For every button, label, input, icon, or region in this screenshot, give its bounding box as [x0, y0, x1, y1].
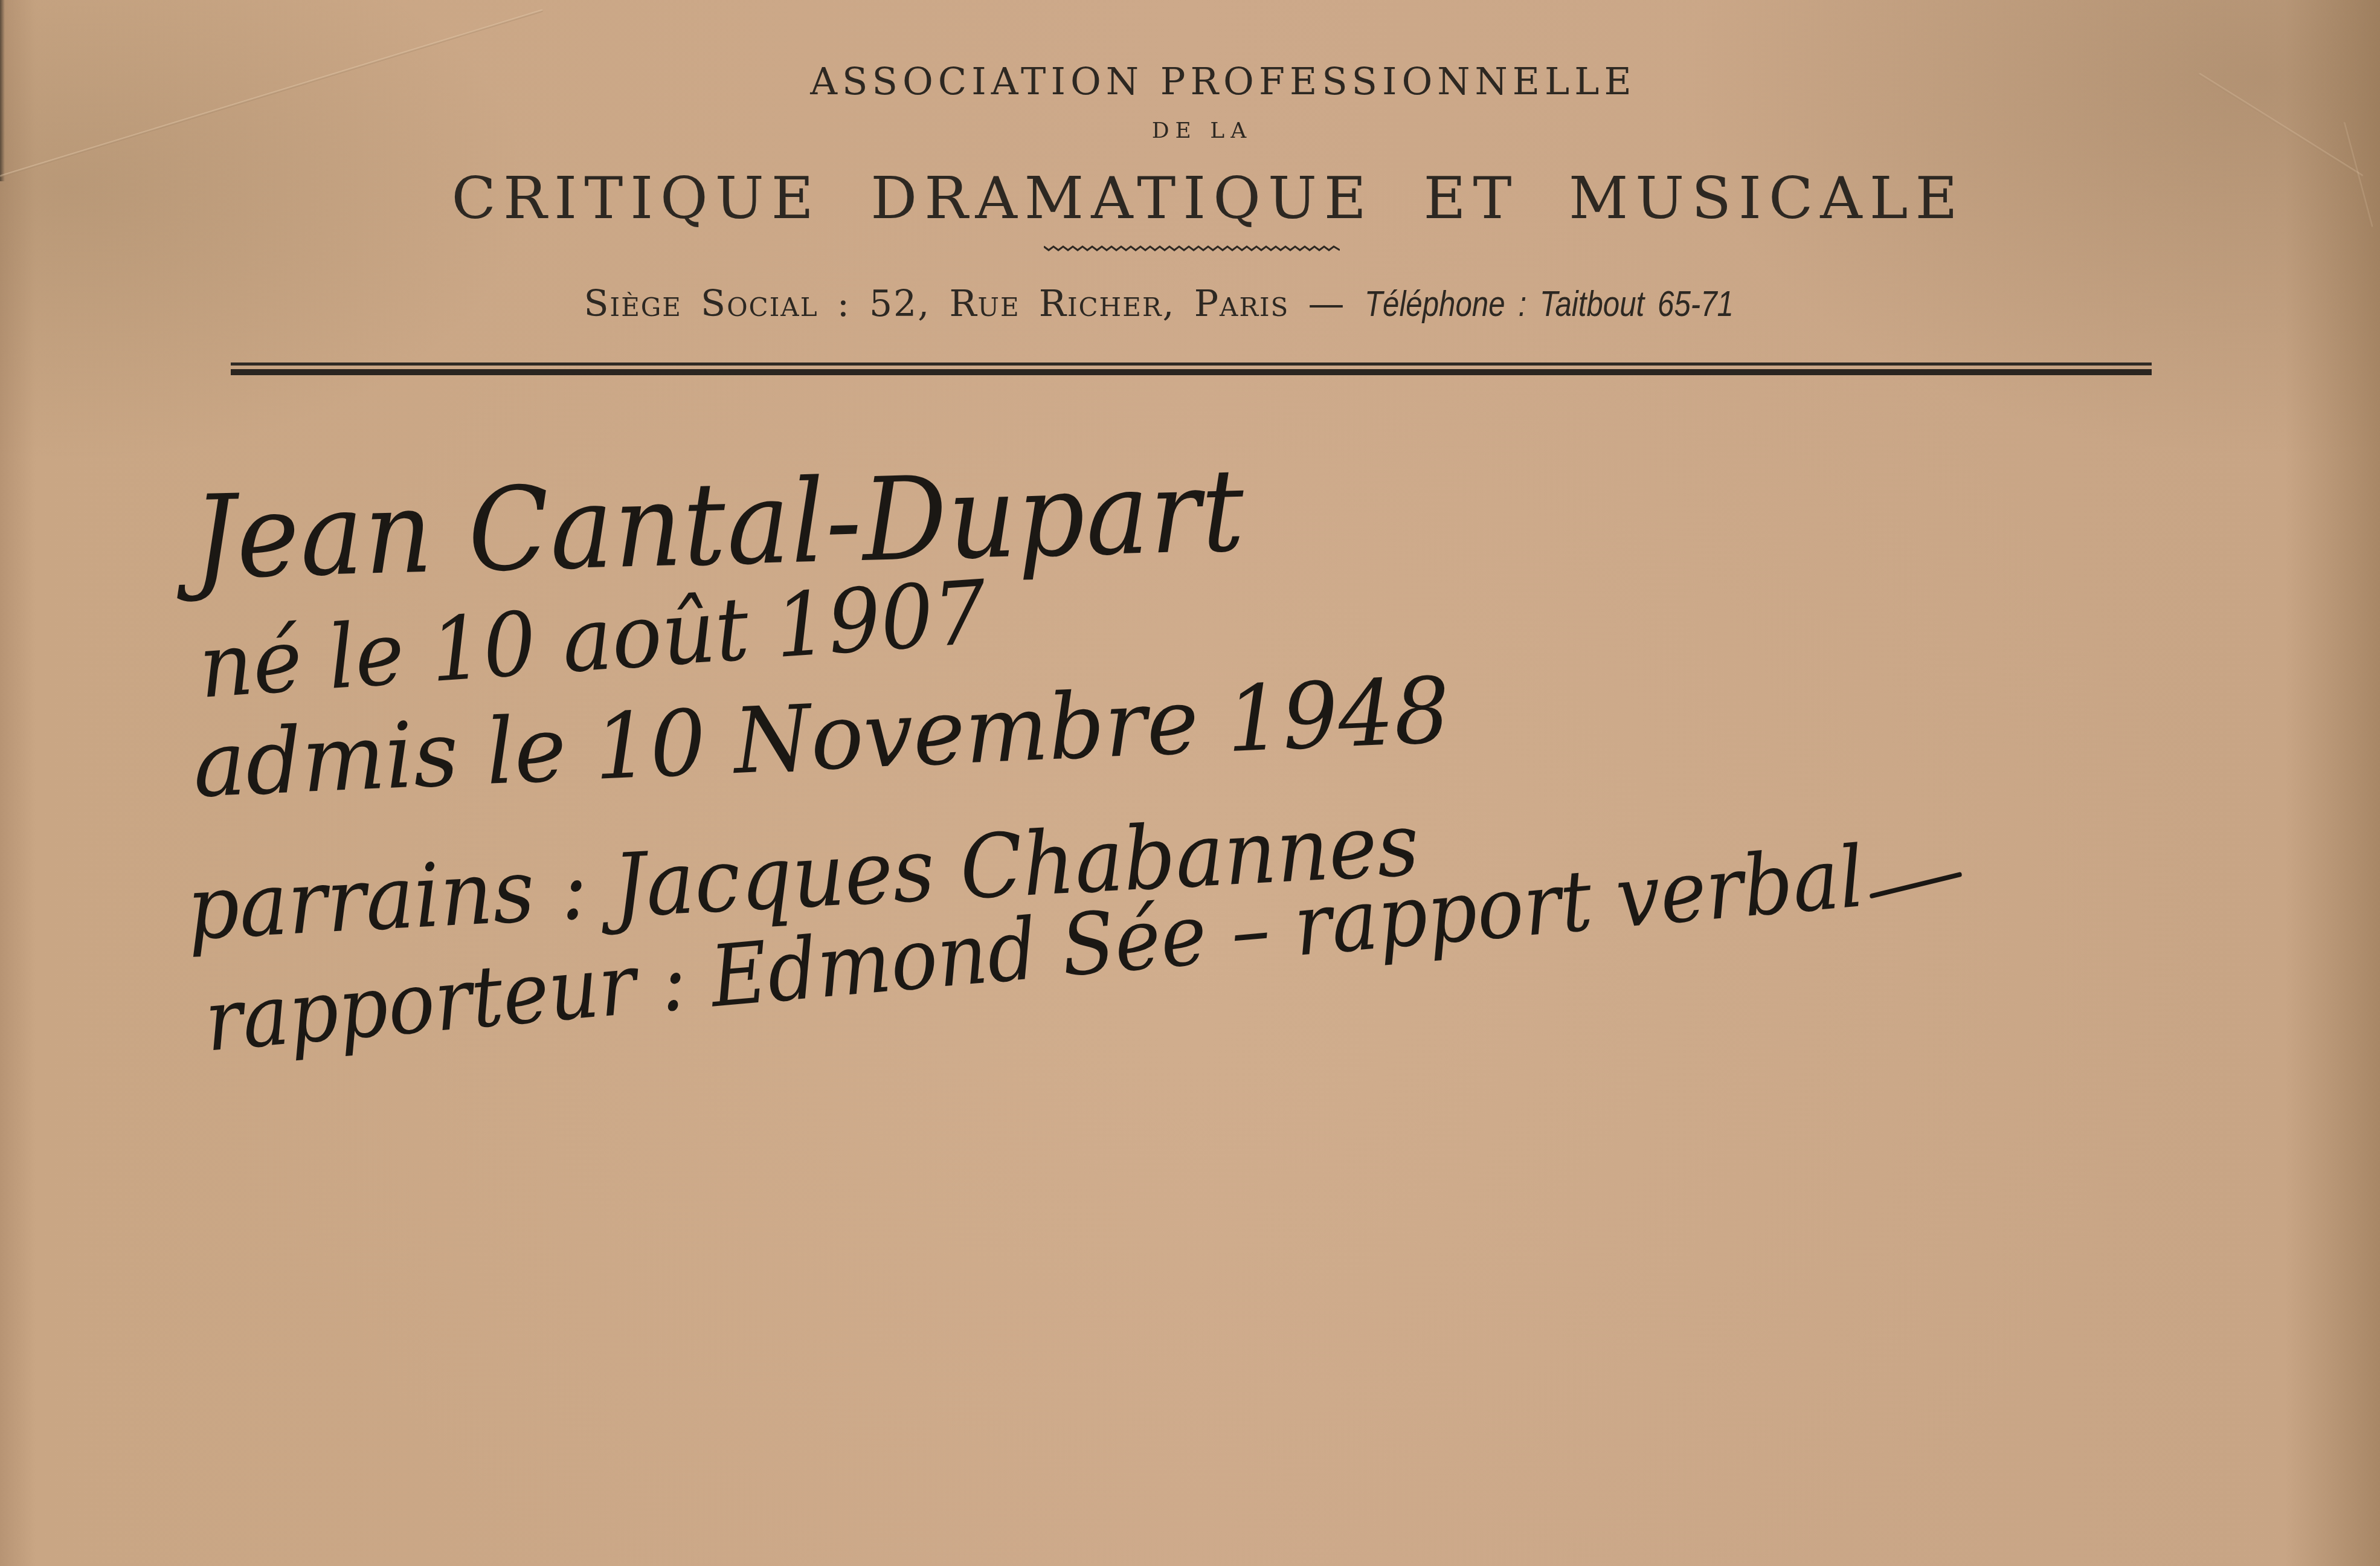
document-sheet: ASSOCIATION PROFESSIONNELLE DE LA CRITIQ…: [0, 0, 2380, 1566]
letterhead-de-la: DE LA: [0, 118, 2380, 143]
address-dash: —: [1289, 283, 1364, 325]
sponsors-label: parrains: [185, 840, 537, 960]
pen-flourish-icon: [1870, 871, 1963, 898]
address-separator: :: [819, 283, 869, 325]
address-value: 52, Rue Richer, Paris: [869, 283, 1289, 325]
letterhead-title: CRITIQUE DRAMATIQUE ET MUSICALE: [0, 164, 2380, 232]
letterhead-rule-thin: [231, 362, 2152, 366]
decorative-wavy-rule-icon: [1044, 244, 1340, 253]
telephone-label: Téléphone: [1365, 283, 1505, 324]
letterhead-association: ASSOCIATION PROFESSIONNELLE: [0, 59, 2380, 103]
telephone-number: Taitbout 65-71: [1539, 283, 1733, 324]
address-label: Siège Social: [584, 283, 818, 325]
telephone-block: Téléphone : Taitbout 65-71: [1365, 283, 1734, 324]
letterhead-address-line: Siège Social : 52, Rue Richer, Paris — T…: [0, 283, 2380, 325]
letterhead-rule-thick: [231, 369, 2152, 375]
